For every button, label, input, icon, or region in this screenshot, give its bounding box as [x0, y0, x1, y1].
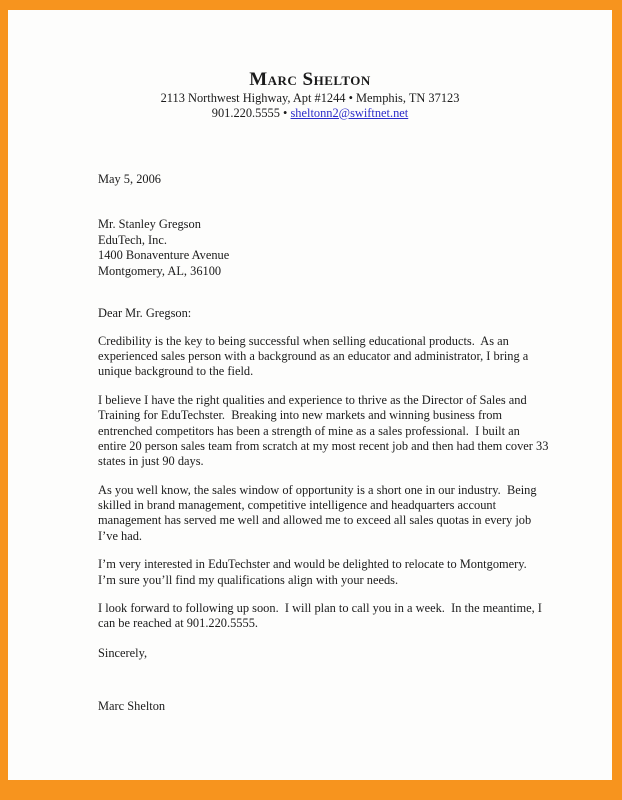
body-paragraph: I believe I have the right qualities and…	[98, 393, 550, 470]
letterhead-contact: 901.220.5555 • sheltonn2@swiftnet.net	[74, 106, 546, 121]
letter-page: Marc Shelton 2113 Northwest Highway, Apt…	[8, 10, 612, 780]
closing: Sincerely,	[98, 646, 546, 661]
recipient-address-block: Mr. Stanley Gregson EduTech, Inc. 1400 B…	[98, 217, 546, 280]
recipient-line: 1400 Bonaventure Avenue	[98, 248, 546, 264]
body-paragraph: I’m very interested in EduTechster and w…	[98, 557, 550, 588]
body-paragraph: I look forward to following up soon. I w…	[98, 601, 550, 632]
contact-separator-bullet: •	[283, 106, 287, 120]
screenshot-root: { "letterhead": { "name": "Marc Shelton"…	[0, 0, 622, 800]
email-link[interactable]: sheltonn2@swiftnet.net	[290, 106, 408, 120]
signature-name: Marc Shelton	[98, 699, 546, 714]
salutation: Dear Mr. Gregson:	[98, 306, 546, 321]
letterhead-address: 2113 Northwest Highway, Apt #1244 • Memp…	[74, 91, 546, 106]
letterhead: Marc Shelton 2113 Northwest Highway, Apt…	[74, 70, 546, 120]
date-line: May 5, 2006	[98, 172, 546, 187]
letterhead-name: Marc Shelton	[74, 70, 546, 91]
body-paragraph: As you well know, the sales window of op…	[98, 483, 550, 545]
body-paragraph: Credibility is the key to being successf…	[98, 334, 550, 380]
recipient-line: Montgomery, AL, 36100	[98, 264, 546, 280]
recipient-line: Mr. Stanley Gregson	[98, 217, 546, 233]
recipient-line: EduTech, Inc.	[98, 233, 546, 249]
letter-body: Credibility is the key to being successf…	[98, 334, 550, 632]
letterhead-phone: 901.220.5555	[212, 106, 280, 120]
